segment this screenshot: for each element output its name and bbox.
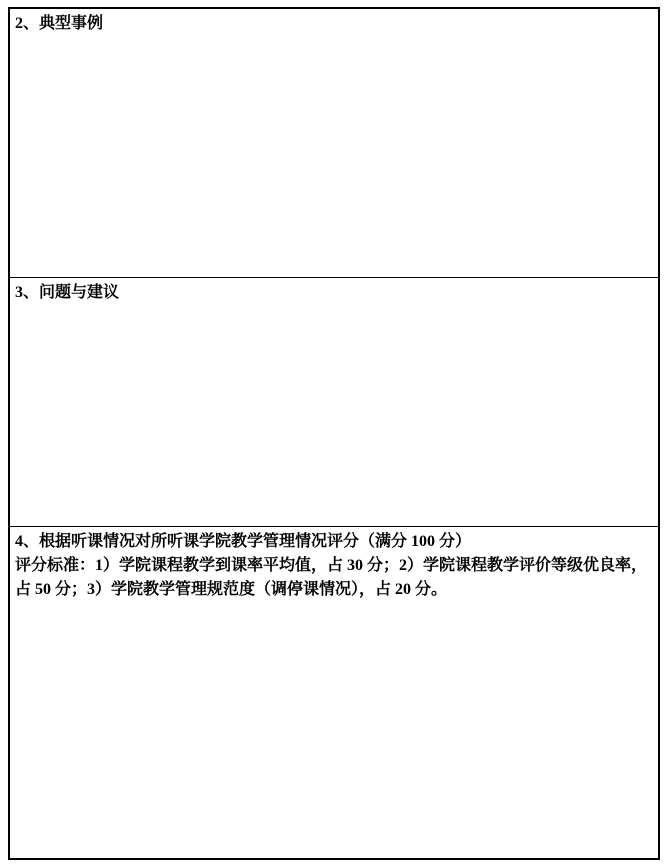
section-scoring-title: 4、根据听课情况对所听课学院教学管理情况评分（满分 100 分） [15,530,650,554]
scoring-criteria-line: 占 50 分；3）学院教学管理规范度（调停课情况），占 20 分。 [15,578,650,602]
section-scoring: 4、根据听课情况对所听课学院教学管理情况评分（满分 100 分） 评分标准：1）… [10,527,658,857]
section-problems-suggestions: 3、问题与建议 [10,278,658,527]
section-problems-suggestions-title: 3、问题与建议 [15,281,650,305]
document-page: 2、典型事例 3、问题与建议 4、根据听课情况对所听课学院教学管理情况评分（满分… [0,0,665,865]
scoring-criteria-line: 评分标准：1）学院课程教学到课率平均值，占 30 分；2）学院课程教学评价等级优… [15,554,650,578]
evaluation-form-table: 2、典型事例 3、问题与建议 4、根据听课情况对所听课学院教学管理情况评分（满分… [8,7,660,860]
section-typical-cases-title: 2、典型事例 [15,12,650,36]
section-typical-cases: 2、典型事例 [10,9,658,278]
